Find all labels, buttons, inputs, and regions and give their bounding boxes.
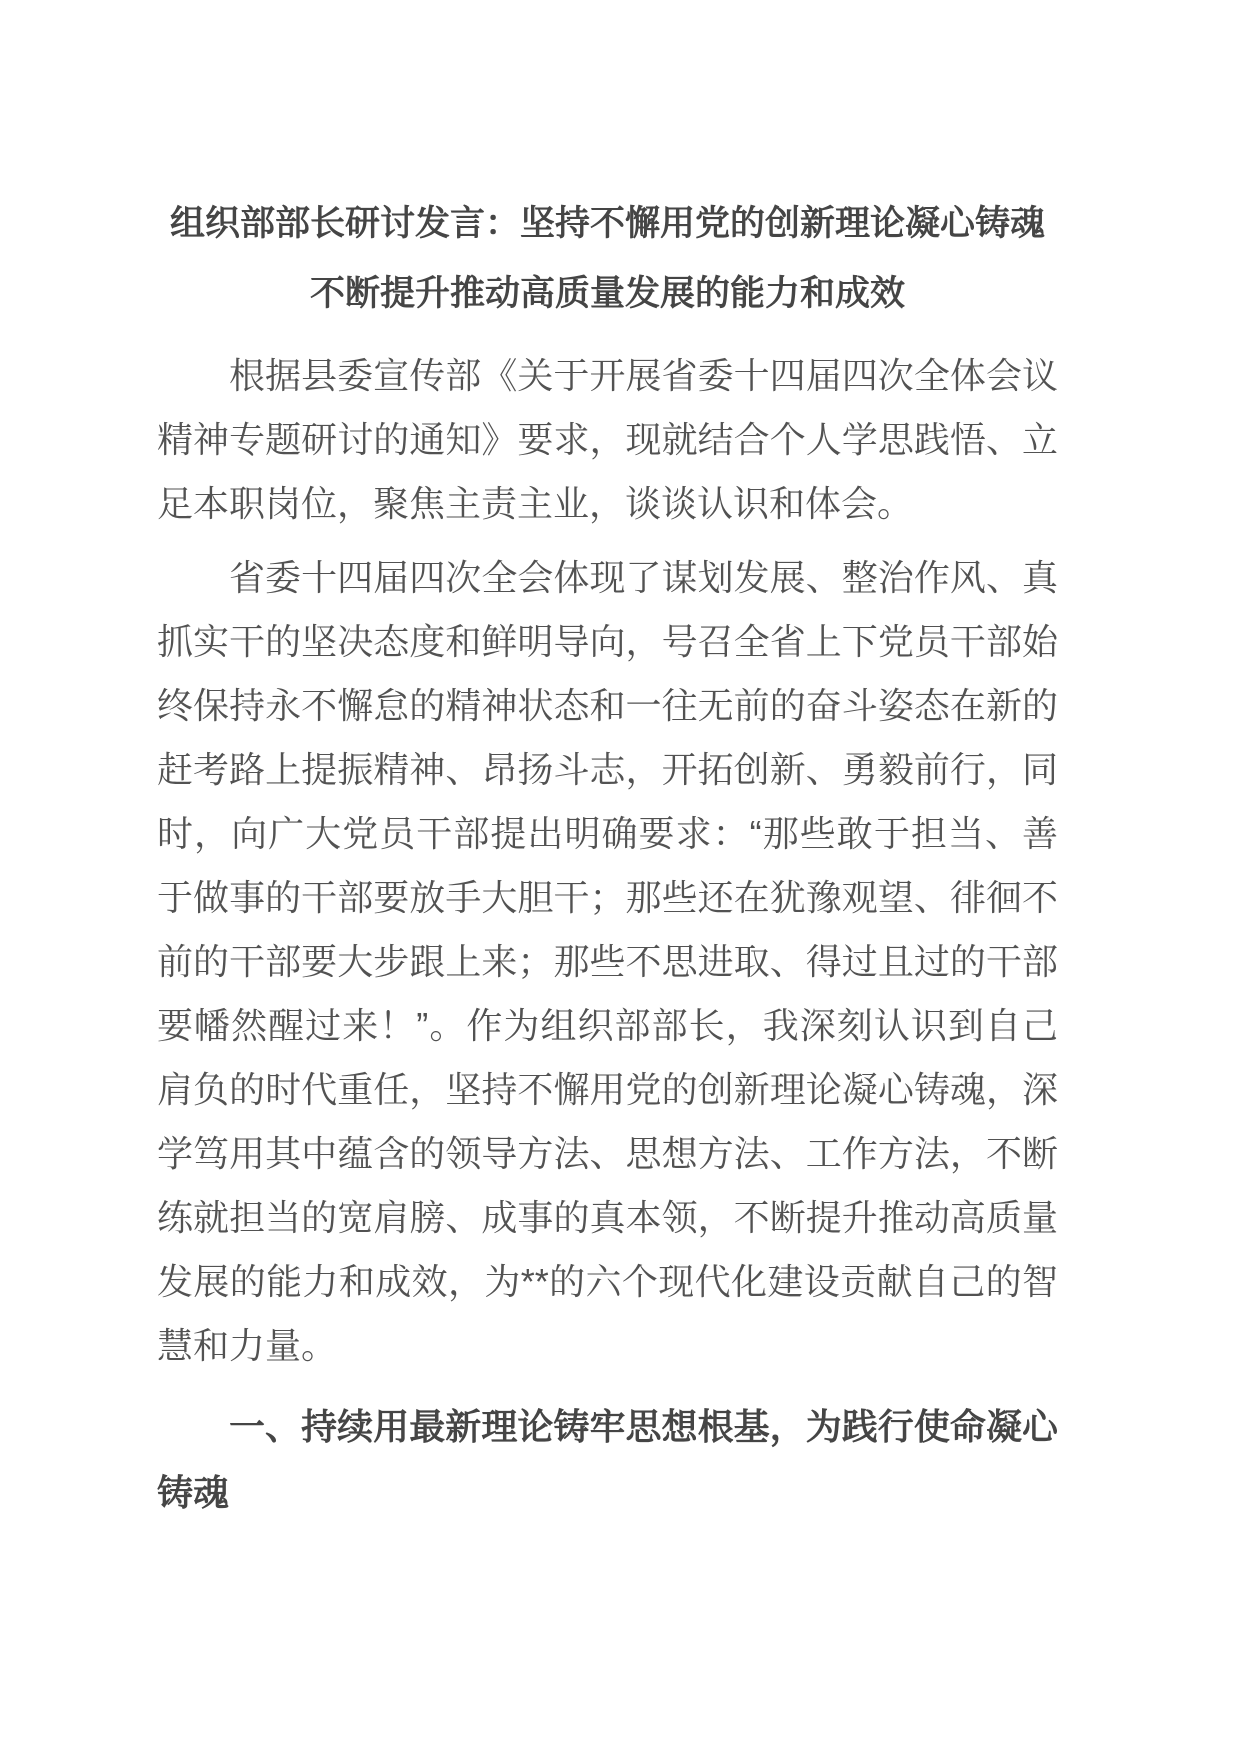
document-page: 组织部部长研讨发言：坚持不懈用党的创新理论凝心铸魂 不断提升推动高质量发展的能力… bbox=[0, 0, 1240, 1754]
section-heading-1: 一、持续用最新理论铸牢思想根基，为践行使命凝心铸魂 bbox=[157, 1394, 1058, 1526]
document-title-line-1: 组织部部长研讨发言：坚持不懈用党的创新理论凝心铸魂 bbox=[157, 189, 1058, 259]
paragraph-intro: 根据县委宣传部《关于开展省委十四届四次全体会议精神专题研讨的通知》要求，现就结合… bbox=[157, 344, 1058, 536]
paragraph-main: 省委十四届四次全会体现了谋划发展、整治作风、真抓实干的坚决态度和鲜明导向，号召全… bbox=[157, 546, 1058, 1378]
document-title: 组织部部长研讨发言：坚持不懈用党的创新理论凝心铸魂 不断提升推动高质量发展的能力… bbox=[157, 189, 1058, 329]
document-title-line-2: 不断提升推动高质量发展的能力和成效 bbox=[157, 259, 1058, 329]
